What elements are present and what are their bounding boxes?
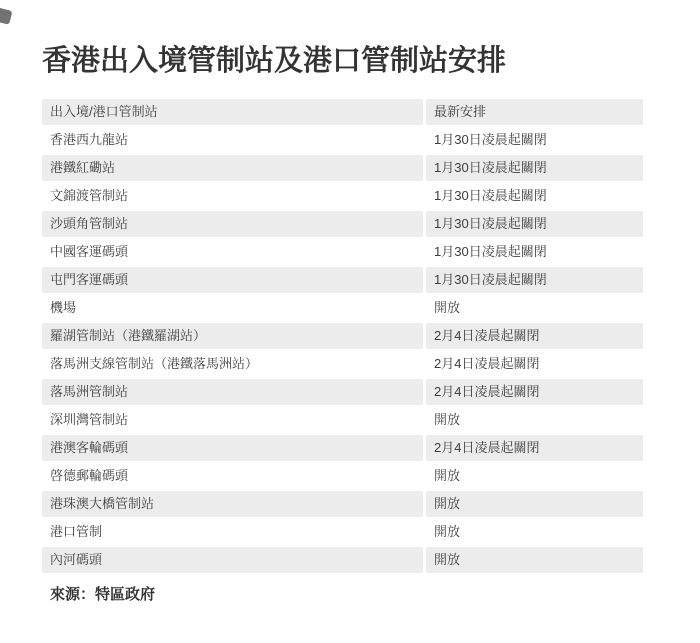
table-row: 羅湖管制站（港鐵羅湖站） 2月4日凌晨起關閉 <box>42 323 643 349</box>
station-cell: 屯門客運碼頭 <box>42 267 423 293</box>
arrangement-cell: 2月4日凌晨起關閉 <box>426 351 643 377</box>
station-cell: 內河碼頭 <box>42 547 423 573</box>
station-cell: 啓德郵輪碼頭 <box>42 463 423 489</box>
table-body: 香港西九龍站 1月30日凌晨起關閉 港鐵紅磡站 1月30日凌晨起關閉 文錦渡管制… <box>42 127 643 573</box>
table-row: 港澳客輪碼頭 2月4日凌晨起關閉 <box>42 435 643 461</box>
arrangement-cell: 1月30日凌晨起關閉 <box>426 155 643 181</box>
header-station: 出入境/港口管制站 <box>42 99 423 125</box>
station-cell: 港口管制 <box>42 519 423 545</box>
table-row: 港珠澳大橋管制站 開放 <box>42 491 643 517</box>
station-cell: 落馬洲支線管制站（港鐵落馬洲站） <box>42 351 423 377</box>
edge-artifact <box>0 7 12 24</box>
table-header-row: 出入境/港口管制站 最新安排 <box>42 99 643 125</box>
arrangement-cell: 開放 <box>426 463 643 489</box>
arrangement-cell: 開放 <box>426 407 643 433</box>
table-row: 落馬洲管制站 2月4日凌晨起關閉 <box>42 379 643 405</box>
arrangement-cell: 2月4日凌晨起關閉 <box>426 323 643 349</box>
arrangement-cell: 1月30日凌晨起關閉 <box>426 211 643 237</box>
arrangement-cell: 開放 <box>426 547 643 573</box>
arrangement-cell: 2月4日凌晨起關閉 <box>426 379 643 405</box>
station-cell: 港珠澳大橋管制站 <box>42 491 423 517</box>
header-arrangement: 最新安排 <box>426 99 643 125</box>
arrangement-cell: 開放 <box>426 295 643 321</box>
control-points-table: 出入境/港口管制站 最新安排 香港西九龍站 1月30日凌晨起關閉 港鐵紅磡站 1… <box>42 99 643 575</box>
station-cell: 落馬洲管制站 <box>42 379 423 405</box>
arrangement-cell: 開放 <box>426 519 643 545</box>
station-cell: 沙頭角管制站 <box>42 211 423 237</box>
station-cell: 深圳灣管制站 <box>42 407 423 433</box>
page-title: 香港出入境管制站及港口管制站安排 <box>42 38 506 79</box>
source-credit: 來源：特區政府 <box>50 583 155 604</box>
arrangement-cell: 2月4日凌晨起關閉 <box>426 435 643 461</box>
station-cell: 港澳客輪碼頭 <box>42 435 423 461</box>
arrangement-cell: 開放 <box>426 491 643 517</box>
station-cell: 羅湖管制站（港鐵羅湖站） <box>42 323 423 349</box>
table-row: 香港西九龍站 1月30日凌晨起關閉 <box>42 127 643 153</box>
arrangement-cell: 1月30日凌晨起關閉 <box>426 127 643 153</box>
arrangement-cell: 1月30日凌晨起關閉 <box>426 183 643 209</box>
table-row: 屯門客運碼頭 1月30日凌晨起關閉 <box>42 267 643 293</box>
table-row: 沙頭角管制站 1月30日凌晨起關閉 <box>42 211 643 237</box>
table-row: 中國客運碼頭 1月30日凌晨起關閉 <box>42 239 643 265</box>
table-row: 啓德郵輪碼頭 開放 <box>42 463 643 489</box>
station-cell: 文錦渡管制站 <box>42 183 423 209</box>
table-row: 內河碼頭 開放 <box>42 547 643 573</box>
arrangement-cell: 1月30日凌晨起關閉 <box>426 239 643 265</box>
table-row: 港鐵紅磡站 1月30日凌晨起關閉 <box>42 155 643 181</box>
table-row: 機場 開放 <box>42 295 643 321</box>
station-cell: 香港西九龍站 <box>42 127 423 153</box>
table-row: 深圳灣管制站 開放 <box>42 407 643 433</box>
station-cell: 中國客運碼頭 <box>42 239 423 265</box>
arrangement-cell: 1月30日凌晨起關閉 <box>426 267 643 293</box>
table-row: 港口管制 開放 <box>42 519 643 545</box>
table-row: 落馬洲支線管制站（港鐵落馬洲站） 2月4日凌晨起關閉 <box>42 351 643 377</box>
station-cell: 港鐵紅磡站 <box>42 155 423 181</box>
table-row: 文錦渡管制站 1月30日凌晨起關閉 <box>42 183 643 209</box>
station-cell: 機場 <box>42 295 423 321</box>
